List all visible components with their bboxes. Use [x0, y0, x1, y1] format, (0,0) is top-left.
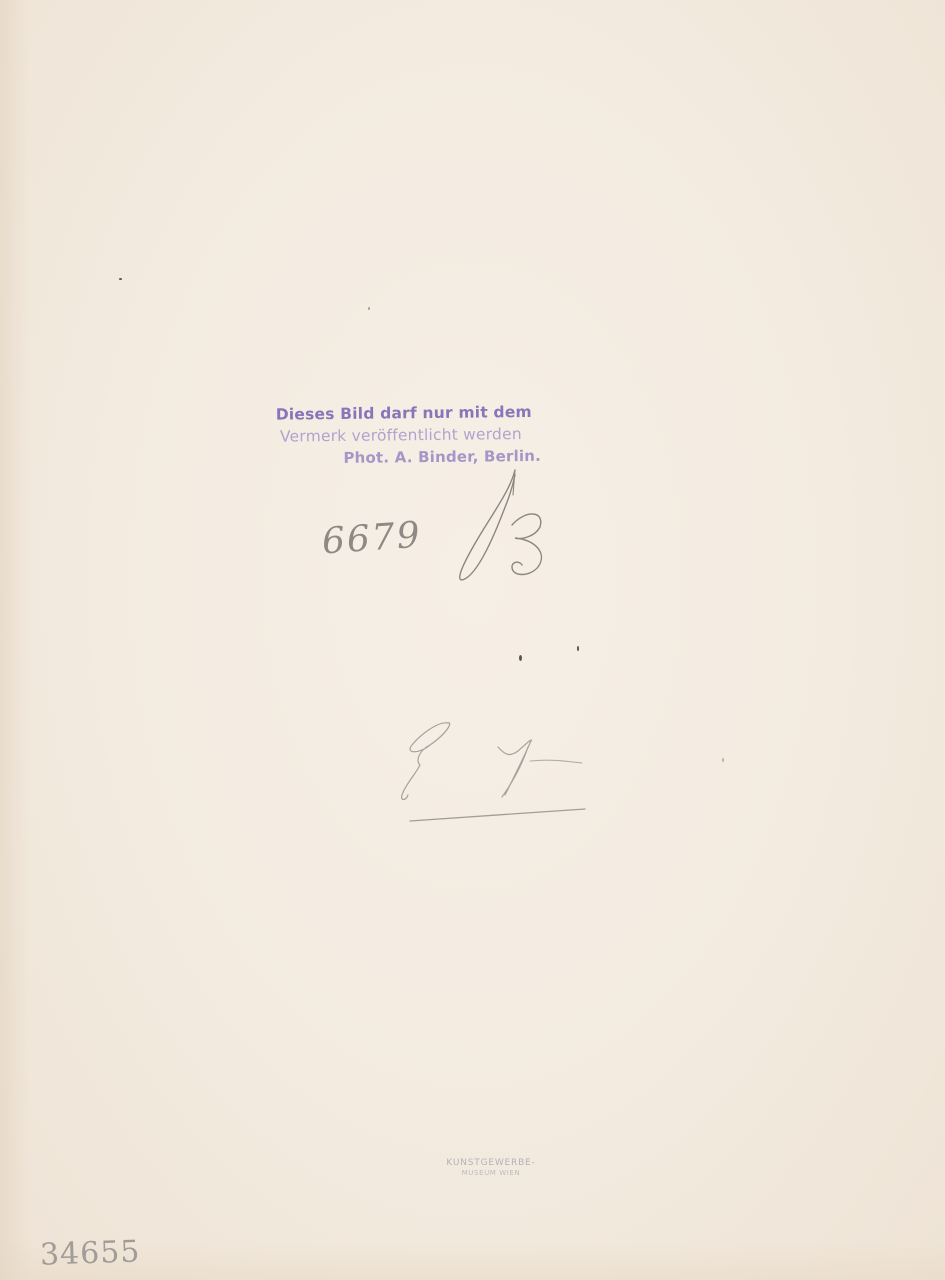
paper-speck — [119, 278, 122, 280]
blind-stamp-line-2: MUSEUM WIEN — [436, 1169, 546, 1178]
pencil-inventory-number: 6679 — [321, 515, 423, 563]
pencil-initial-b — [440, 465, 560, 590]
paper-edge-shading-left — [0, 0, 30, 1280]
museum-blind-stamp: KUNSTGEWERBE- MUSEUM WIEN — [436, 1158, 546, 1178]
photo-back-paper — [0, 0, 945, 1280]
publisher-stamp: Dieses Bild darf nur mit dem Vermerk ver… — [272, 400, 593, 469]
paper-edge-shading-bottom — [0, 1240, 945, 1280]
paper-speck — [722, 758, 724, 762]
paper-speck — [519, 655, 522, 661]
pencil-catalog-number: 34655 — [39, 1234, 141, 1272]
paper-speck — [577, 646, 579, 651]
paper-speck — [368, 307, 370, 310]
pencil-signature — [390, 705, 590, 830]
blind-stamp-line-1: KUNSTGEWERBE- — [436, 1158, 546, 1169]
